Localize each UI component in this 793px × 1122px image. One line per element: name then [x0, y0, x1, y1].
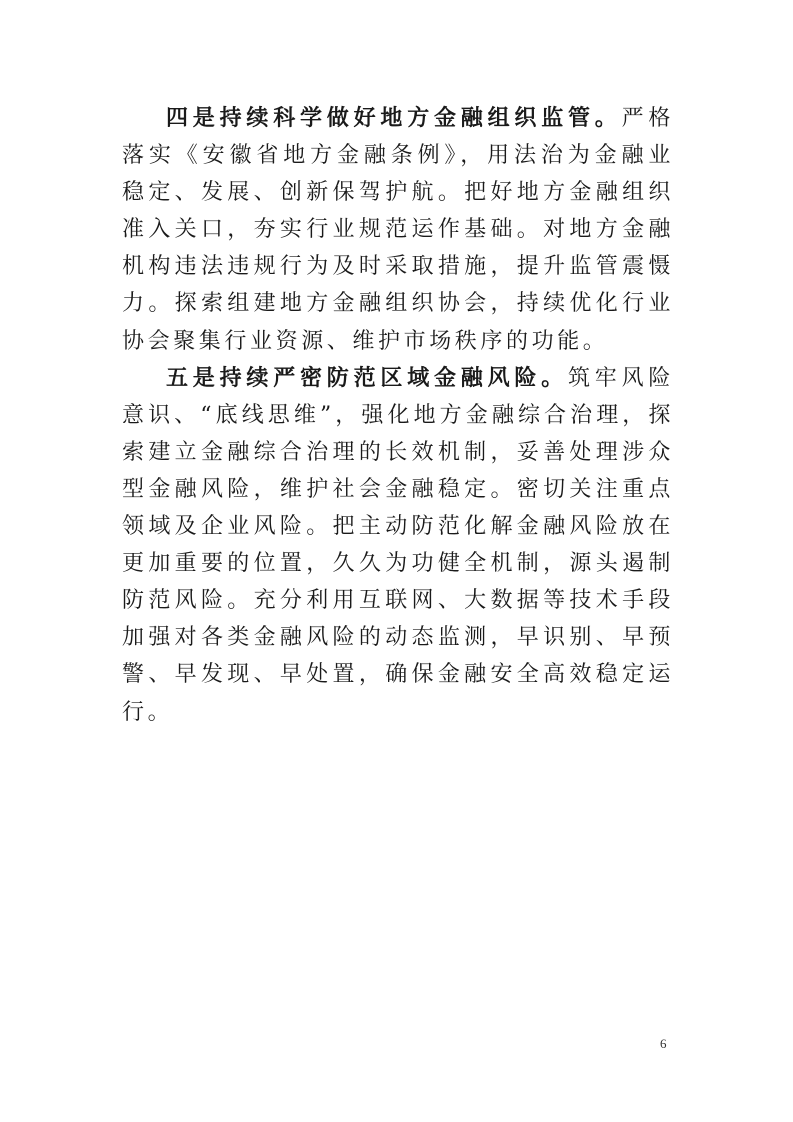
- page-number: 6: [660, 1036, 667, 1052]
- paragraph-lead: 五是持续严密防范区域金融风险。: [166, 365, 568, 391]
- paragraph-risk-prevention: 五是持续严密防范区域金融风险。筑牢风险意识、“底线思维”，强化地方金融综合治理，…: [122, 360, 674, 731]
- document-body: 四是持续科学做好地方金融组织监管。严格落实《安徽省地方金融条例》，用法治为金融业…: [122, 100, 674, 731]
- paragraph-lead: 四是持续科学做好地方金融组织监管。: [166, 105, 622, 131]
- paragraph-regulation: 四是持续科学做好地方金融组织监管。严格落实《安徽省地方金融条例》，用法治为金融业…: [122, 100, 674, 360]
- paragraph-text: 筑牢风险意识、“底线思维”，强化地方金融综合治理，探索建立金融综合治理的长效机制…: [122, 366, 674, 725]
- document-page: 四是持续科学做好地方金融组织监管。严格落实《安徽省地方金融条例》，用法治为金融业…: [0, 0, 793, 1122]
- paragraph-text: 严格落实《安徽省地方金融条例》，用法治为金融业稳定、发展、创新保驾护航。把好地方…: [122, 106, 674, 354]
